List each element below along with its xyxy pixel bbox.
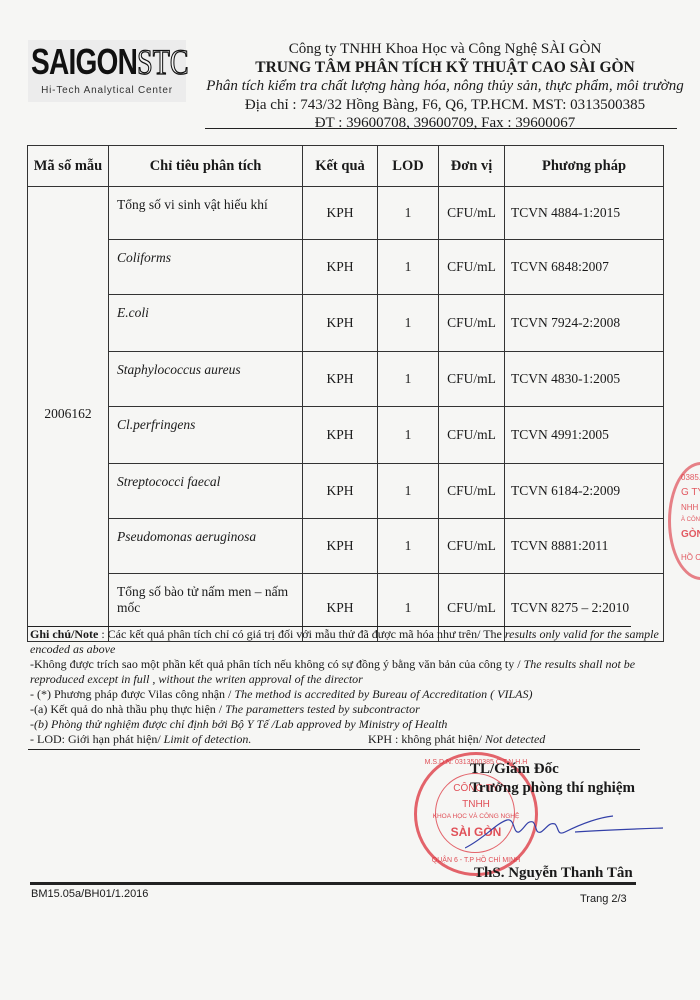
note-6: - LOD: Giới hạn phát hiện/ Limit of dete… [30,732,670,747]
header-divider [205,128,677,129]
page-number: Trang 2/3 [580,893,627,905]
notes-section: Ghi chú/Note : Các kết quả phân tích chỉ… [30,627,670,747]
unit-value: CFU/mL [439,464,505,519]
method-value: TCVN 6848:2007 [505,240,664,295]
kph-legend: KPH : không phát hiện/ Not detected [368,732,545,747]
sample-id: 2006162 [28,187,109,642]
lod-value: 1 [378,352,439,407]
col-sample-id: Mã số mẫu [28,146,109,187]
unit-value: CFU/mL [439,352,505,407]
logo-wordmark: SAIGONSTC [31,40,189,84]
col-method: Phương pháp [505,146,664,187]
note-2: -Không được trích sao một phần kết quả p… [30,657,670,687]
company-logo: SAIGONSTC Hi-Tech Analytical Center [28,40,186,102]
result-value: KPH [303,295,378,352]
col-lod: LOD [378,146,439,187]
method-value: TCVN 6184-2:2009 [505,464,664,519]
method-value: TCVN 8881:2011 [505,519,664,574]
note-1: Ghi chú/Note : Các kết quả phân tích chỉ… [30,627,670,657]
unit-value: CFU/mL [439,187,505,240]
result-value: KPH [303,519,378,574]
lod-value: 1 [378,187,439,240]
parameter-name: E.coli [109,295,303,352]
table-row: Pseudomonas aeruginosaKPH1CFU/mLTCVN 888… [28,519,664,574]
note-4: -(a) Kết quả do nhà thầu phụ thực hiện /… [30,702,670,717]
result-value: KPH [303,407,378,464]
form-code: BM15.05a/BH01/1.2016 [31,888,148,900]
result-value: KPH [303,187,378,240]
company-name: Công ty TNHH Khoa Học và Công Nghệ SÀI G… [205,40,685,59]
col-unit: Đơn vị [439,146,505,187]
signer-title-1: TL/Giám Đốc [470,760,635,779]
table-row: E.coliKPH1CFU/mLTCVN 7924-2:2008 [28,295,664,352]
scope-line: Phân tích kiểm tra chất lượng hàng hóa, … [205,77,685,96]
side-stamp-fragment: 0385. G TY NHH À CÔNG N GÒN HỒ CH [668,462,700,580]
method-value: TCVN 4884-1:2015 [505,187,664,240]
results-table: Mã số mẫu Chỉ tiêu phân tích Kết quả LOD… [27,145,664,642]
note-5: -(b) Phòng thử nghiệm được chỉ định bởi … [30,717,670,732]
address-line: Địa chỉ : 743/32 Hồng Bàng, F6, Q6, TP.H… [205,96,685,115]
signature-block: TL/Giám Đốc Trưởng phòng thí nghiệm ThS.… [470,760,635,798]
table-row: 2006162Tổng số vi sinh vật hiếu khíKPH1C… [28,187,664,240]
parameter-name: Coliforms [109,240,303,295]
method-value: TCVN 4830-1:2005 [505,352,664,407]
lod-value: 1 [378,519,439,574]
parameter-name: Cl.perfringens [109,407,303,464]
unit-value: CFU/mL [439,519,505,574]
center-name: TRUNG TÂM PHÂN TÍCH KỸ THUẬT CAO SÀI GÒN [205,59,685,78]
lod-value: 1 [378,407,439,464]
note-3: - (*) Phương pháp được Vilas công nhận /… [30,687,670,702]
table-row: Cl.perfringensKPH1CFU/mLTCVN 4991:2005 [28,407,664,464]
unit-value: CFU/mL [439,295,505,352]
result-value: KPH [303,464,378,519]
method-value: TCVN 4991:2005 [505,407,664,464]
col-parameter: Chỉ tiêu phân tích [109,146,303,187]
signer-name: ThS. Nguyễn Thanh Tân [474,864,633,883]
col-result: Kết quả [303,146,378,187]
method-value: TCVN 7924-2:2008 [505,295,664,352]
result-value: KPH [303,240,378,295]
logo-tagline: Hi-Tech Analytical Center [28,85,186,96]
signer-title-2: Trưởng phòng thí nghiệm [470,779,635,798]
letterhead: Công ty TNHH Khoa Học và Công Nghệ SÀI G… [205,40,685,133]
handwritten-signature [465,810,665,850]
phone-line: ĐT : 39600708, 39600709, Fax : 39600067 [205,114,685,133]
parameter-name: Staphylococcus aureus [109,352,303,407]
lod-value: 1 [378,295,439,352]
unit-value: CFU/mL [439,240,505,295]
lod-value: 1 [378,240,439,295]
table-row: Staphylococcus aureusKPH1CFU/mLTCVN 4830… [28,352,664,407]
notes-divider-bottom [28,749,640,750]
table-row: ColiformsKPH1CFU/mLTCVN 6848:2007 [28,240,664,295]
table-header-row: Mã số mẫu Chỉ tiêu phân tích Kết quả LOD… [28,146,664,187]
table-row: Streptococci faecalKPH1CFU/mLTCVN 6184-2… [28,464,664,519]
parameter-name: Tổng số vi sinh vật hiếu khí [109,187,303,240]
parameter-name: Pseudomonas aeruginosa [109,519,303,574]
result-value: KPH [303,352,378,407]
footer-divider [30,882,636,885]
lod-value: 1 [378,464,439,519]
parameter-name: Streptococci faecal [109,464,303,519]
unit-value: CFU/mL [439,407,505,464]
